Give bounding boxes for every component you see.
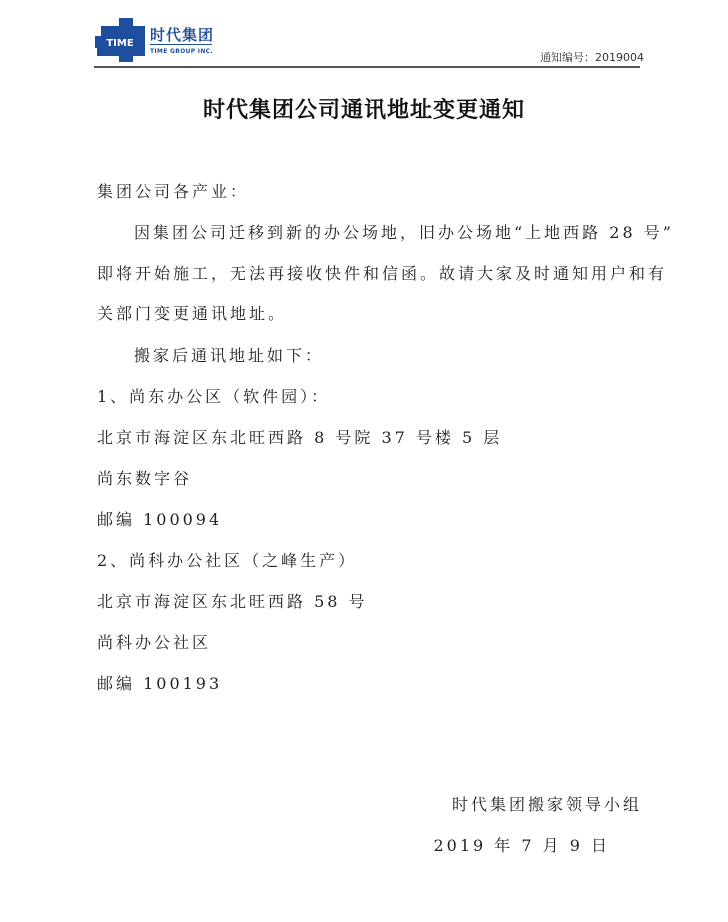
address-building: 尚科办公社区 (97, 630, 211, 653)
time-logo-icon: TIME (95, 18, 145, 62)
salutation: 集团公司各产业： (97, 179, 249, 202)
paragraph-line: 关部门变更通讯地址。 (97, 301, 287, 324)
notice-number-label: 通知编号： (540, 51, 595, 64)
address-intro: 搬家后通讯地址如下： (134, 343, 324, 366)
address-postcode: 邮编 100094 (97, 507, 222, 530)
signature-date: 2019 年 7 月 9 日 (433, 833, 610, 856)
address-street: 北京市海淀区东北旺西路 58 号 (97, 589, 368, 612)
company-logo: TIME 时代集团 TIME GROUP INC. (95, 18, 255, 64)
document-page: TIME 时代集团 TIME GROUP INC. 通知编号：2019004 时… (0, 0, 728, 922)
document-title: 时代集团公司通讯地址变更通知 (0, 93, 728, 124)
logo-chinese-name: 时代集团 (150, 24, 214, 45)
notice-number-value: 2019004 (595, 51, 644, 64)
address-postcode: 邮编 100193 (97, 671, 222, 694)
signature-org: 时代集团搬家领导小组 (452, 792, 642, 815)
svg-text:TIME: TIME (106, 38, 133, 49)
address-heading: 2、尚科办公社区（之峰生产） (97, 548, 357, 571)
header-divider (94, 66, 640, 68)
address-heading: 1、尚东办公区（软件园）： (97, 384, 330, 407)
logo-english-name: TIME GROUP INC. (150, 48, 213, 55)
address-street: 北京市海淀区东北旺西路 8 号院 37 号楼 5 层 (97, 425, 502, 448)
paragraph-line: 即将开始施工，无法再接收快件和信函。故请大家及时通知用户和有 (97, 261, 667, 284)
notice-number: 通知编号：2019004 (540, 49, 644, 65)
paragraph-line: 因集团公司迁移到新的办公场地，旧办公场地“上地西路 28 号” (134, 220, 674, 243)
address-building: 尚东数字谷 (97, 466, 192, 489)
logo-divider (150, 44, 212, 45)
